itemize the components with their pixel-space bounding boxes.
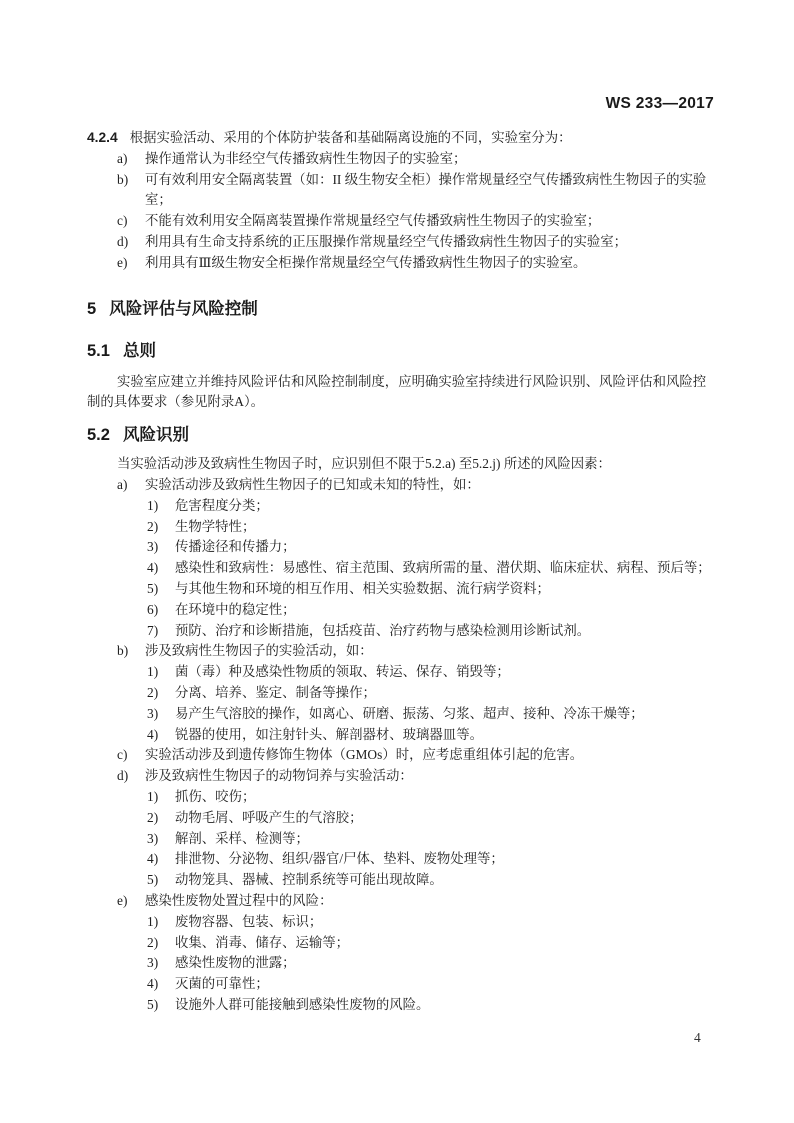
section-51-paragraph: 实验室应建立并维持风险评估和风险控制制度，应明确实验室持续进行风险识别、风险评估… xyxy=(87,372,715,414)
item-marker: 4) xyxy=(147,558,175,579)
clause-424-number: 4.2.4 xyxy=(87,130,118,145)
numbered-item: 6)在环境中的稳定性； xyxy=(147,600,715,621)
section-52-paragraph: 当实验活动涉及致病性生物因子时，应识别但不限于5.2.a) 至5.2.j) 所述… xyxy=(87,454,715,475)
numbered-item: 4)灭菌的可靠性； xyxy=(147,974,715,995)
numbered-item: 5)设施外人群可能接触到感染性废物的风险。 xyxy=(147,995,715,1016)
item-marker: 4) xyxy=(147,725,175,746)
lettered-item: b)涉及致病性生物因子的实验活动，如： xyxy=(117,641,715,662)
item-text: 生物学特性； xyxy=(175,517,715,538)
item-marker: 1) xyxy=(147,496,175,517)
lettered-item: c)实验活动涉及到遗传修饰生物体（GMOs）时，应考虑重组体引起的危害。 xyxy=(117,745,715,766)
item-marker: 1) xyxy=(147,912,175,933)
item-text: 利用具有Ⅲ级生物安全柜操作常规量经空气传播致病性生物因子的实验室。 xyxy=(145,253,715,274)
lettered-item: a)实验活动涉及致病性生物因子的已知或未知的特性，如： xyxy=(117,475,715,496)
numbered-item: 2)分离、培养、鉴定、制备等操作； xyxy=(147,683,715,704)
item-marker: 3) xyxy=(147,953,175,974)
item-text: 传播途径和传播力； xyxy=(175,537,715,558)
item-marker: 7) xyxy=(147,621,175,642)
numbered-item: 4)感染性和致病性：易感性、宿主范围、致病所需的量、潜伏期、临床症状、病程、预后… xyxy=(147,558,715,579)
item-text: 锐器的使用，如注射针头、解剖器材、玻璃器皿等。 xyxy=(175,725,715,746)
item-marker: a) xyxy=(117,149,145,170)
item-marker: 5) xyxy=(147,870,175,891)
lettered-item: d)利用具有生命支持系统的正压服操作常规量经空气传播致病性生物因子的实验室； xyxy=(117,232,715,253)
item-text: 在环境中的稳定性； xyxy=(175,600,715,621)
item-text: 感染性废物处置过程中的风险： xyxy=(145,891,715,912)
section-52-number: 5.2 xyxy=(87,426,110,444)
item-text: 设施外人群可能接触到感染性废物的风险。 xyxy=(175,995,715,1016)
item-text: 不能有效利用安全隔离装置操作常规量经空气传播致病性生物因子的实验室； xyxy=(145,211,715,232)
numbered-item: 4)排泄物、分泌物、组织/器官/尸体、垫料、废物处理等； xyxy=(147,849,715,870)
lettered-item: e)感染性废物处置过程中的风险： xyxy=(117,891,715,912)
item-marker: 3) xyxy=(147,829,175,850)
section-51-heading: 5.1总则 xyxy=(87,339,715,363)
numbered-item: 3)传播途径和传播力； xyxy=(147,537,715,558)
numbered-item: 5)动物笼具、器械、控制系统等可能出现故障。 xyxy=(147,870,715,891)
item-marker: 2) xyxy=(147,808,175,829)
item-marker: d) xyxy=(117,232,145,253)
document-page: WS 233—2017 4.2.4根据实验活动、采用的个体防护装备和基础隔离设施… xyxy=(0,0,794,1123)
item-text: 菌（毒）种及感染性物质的领取、转运、保存、销毁等； xyxy=(175,662,715,683)
item-marker: 1) xyxy=(147,662,175,683)
item-marker: d) xyxy=(117,766,145,787)
item-marker: b) xyxy=(117,170,145,212)
item-marker: b) xyxy=(117,641,145,662)
item-marker: 2) xyxy=(147,683,175,704)
lettered-item: e)利用具有Ⅲ级生物安全柜操作常规量经空气传播致病性生物因子的实验室。 xyxy=(117,253,715,274)
numbered-item: 4)锐器的使用，如注射针头、解剖器材、玻璃器皿等。 xyxy=(147,725,715,746)
section-51-title: 总则 xyxy=(123,342,156,360)
lettered-item: c)不能有效利用安全隔离装置操作常规量经空气传播致病性生物因子的实验室； xyxy=(117,211,715,232)
item-marker: e) xyxy=(117,891,145,912)
item-marker: 2) xyxy=(147,517,175,538)
item-text: 易产生气溶胶的操作，如离心、研磨、振荡、匀浆、超声、接种、冷冻干燥等； xyxy=(175,704,715,725)
page-number: 4 xyxy=(694,1030,701,1046)
item-text: 感染性和致病性：易感性、宿主范围、致病所需的量、潜伏期、临床症状、病程、预后等； xyxy=(175,558,715,579)
item-text: 操作通常认为非经空气传播致病性生物因子的实验室； xyxy=(145,149,715,170)
numbered-item: 3)感染性废物的泄露； xyxy=(147,953,715,974)
item-text: 与其他生物和环境的相互作用、相关实验数据、流行病学资料； xyxy=(175,579,715,600)
section-52-title: 风险识别 xyxy=(123,426,189,444)
item-marker: 5) xyxy=(147,579,175,600)
item-text: 解剖、采样、检测等； xyxy=(175,829,715,850)
item-marker: 3) xyxy=(147,537,175,558)
page-content: 4.2.4根据实验活动、采用的个体防护装备和基础隔离设施的不同，实验室分为： a… xyxy=(87,128,715,1016)
item-text: 灭菌的可靠性； xyxy=(175,974,715,995)
item-text: 实验活动涉及致病性生物因子的已知或未知的特性，如： xyxy=(145,475,715,496)
clause-424-list: a)操作通常认为非经空气传播致病性生物因子的实验室；b)可有效利用安全隔离装置（… xyxy=(87,149,715,274)
section-5-title: 风险评估与风险控制 xyxy=(109,300,258,318)
item-text: 动物毛屑、呼吸产生的气溶胶； xyxy=(175,808,715,829)
item-marker: e) xyxy=(117,253,145,274)
item-text: 可有效利用安全隔离装置（如：II 级生物安全柜）操作常规量经空气传播致病性生物因… xyxy=(145,170,715,212)
item-text: 抓伤、咬伤； xyxy=(175,787,715,808)
numbered-item: 3)易产生气溶胶的操作，如离心、研磨、振荡、匀浆、超声、接种、冷冻干燥等； xyxy=(147,704,715,725)
item-text: 利用具有生命支持系统的正压服操作常规量经空气传播致病性生物因子的实验室； xyxy=(145,232,715,253)
clause-424: 4.2.4根据实验活动、采用的个体防护装备和基础隔离设施的不同，实验室分为： xyxy=(87,128,715,149)
section-52-list: a)实验活动涉及致病性生物因子的已知或未知的特性，如：1)危害程度分类；2)生物… xyxy=(87,475,715,1016)
section-5-heading: 5风险评估与风险控制 xyxy=(87,297,715,321)
item-text: 涉及致病性生物因子的动物饲养与实验活动： xyxy=(145,766,715,787)
item-marker: c) xyxy=(117,211,145,232)
item-text: 分离、培养、鉴定、制备等操作； xyxy=(175,683,715,704)
item-marker: 4) xyxy=(147,974,175,995)
numbered-item: 3)解剖、采样、检测等； xyxy=(147,829,715,850)
section-52-heading: 5.2风险识别 xyxy=(87,423,715,447)
numbered-item: 1)废物容器、包装、标识； xyxy=(147,912,715,933)
numbered-item: 2)收集、消毒、储存、运输等； xyxy=(147,933,715,954)
item-marker: 2) xyxy=(147,933,175,954)
item-marker: a) xyxy=(117,475,145,496)
item-text: 预防、治疗和诊断措施，包括疫苗、治疗药物与感染检测用诊断试剂。 xyxy=(175,621,715,642)
section-51-number: 5.1 xyxy=(87,342,110,360)
item-text: 危害程度分类； xyxy=(175,496,715,517)
running-header-standard-number: WS 233—2017 xyxy=(606,95,714,113)
item-marker: c) xyxy=(117,745,145,766)
numbered-item: 2)生物学特性； xyxy=(147,517,715,538)
item-marker: 3) xyxy=(147,704,175,725)
numbered-item: 7)预防、治疗和诊断措施，包括疫苗、治疗药物与感染检测用诊断试剂。 xyxy=(147,621,715,642)
item-text: 感染性废物的泄露； xyxy=(175,953,715,974)
item-text: 实验活动涉及到遗传修饰生物体（GMOs）时，应考虑重组体引起的危害。 xyxy=(145,745,715,766)
item-text: 废物容器、包装、标识； xyxy=(175,912,715,933)
item-text: 动物笼具、器械、控制系统等可能出现故障。 xyxy=(175,870,715,891)
item-marker: 5) xyxy=(147,995,175,1016)
item-marker: 4) xyxy=(147,849,175,870)
clause-424-text: 根据实验活动、采用的个体防护装备和基础隔离设施的不同，实验室分为： xyxy=(130,130,572,145)
item-text: 排泄物、分泌物、组织/器官/尸体、垫料、废物处理等； xyxy=(175,849,715,870)
item-marker: 6) xyxy=(147,600,175,621)
numbered-item: 5)与其他生物和环境的相互作用、相关实验数据、流行病学资料； xyxy=(147,579,715,600)
item-text: 收集、消毒、储存、运输等； xyxy=(175,933,715,954)
numbered-item: 1)抓伤、咬伤； xyxy=(147,787,715,808)
numbered-item: 1)危害程度分类； xyxy=(147,496,715,517)
item-text: 涉及致病性生物因子的实验活动，如： xyxy=(145,641,715,662)
numbered-item: 1)菌（毒）种及感染性物质的领取、转运、保存、销毁等； xyxy=(147,662,715,683)
section-5-number: 5 xyxy=(87,300,96,318)
lettered-item: d)涉及致病性生物因子的动物饲养与实验活动： xyxy=(117,766,715,787)
numbered-item: 2)动物毛屑、呼吸产生的气溶胶； xyxy=(147,808,715,829)
lettered-item: a)操作通常认为非经空气传播致病性生物因子的实验室； xyxy=(117,149,715,170)
lettered-item: b)可有效利用安全隔离装置（如：II 级生物安全柜）操作常规量经空气传播致病性生… xyxy=(117,170,715,212)
item-marker: 1) xyxy=(147,787,175,808)
